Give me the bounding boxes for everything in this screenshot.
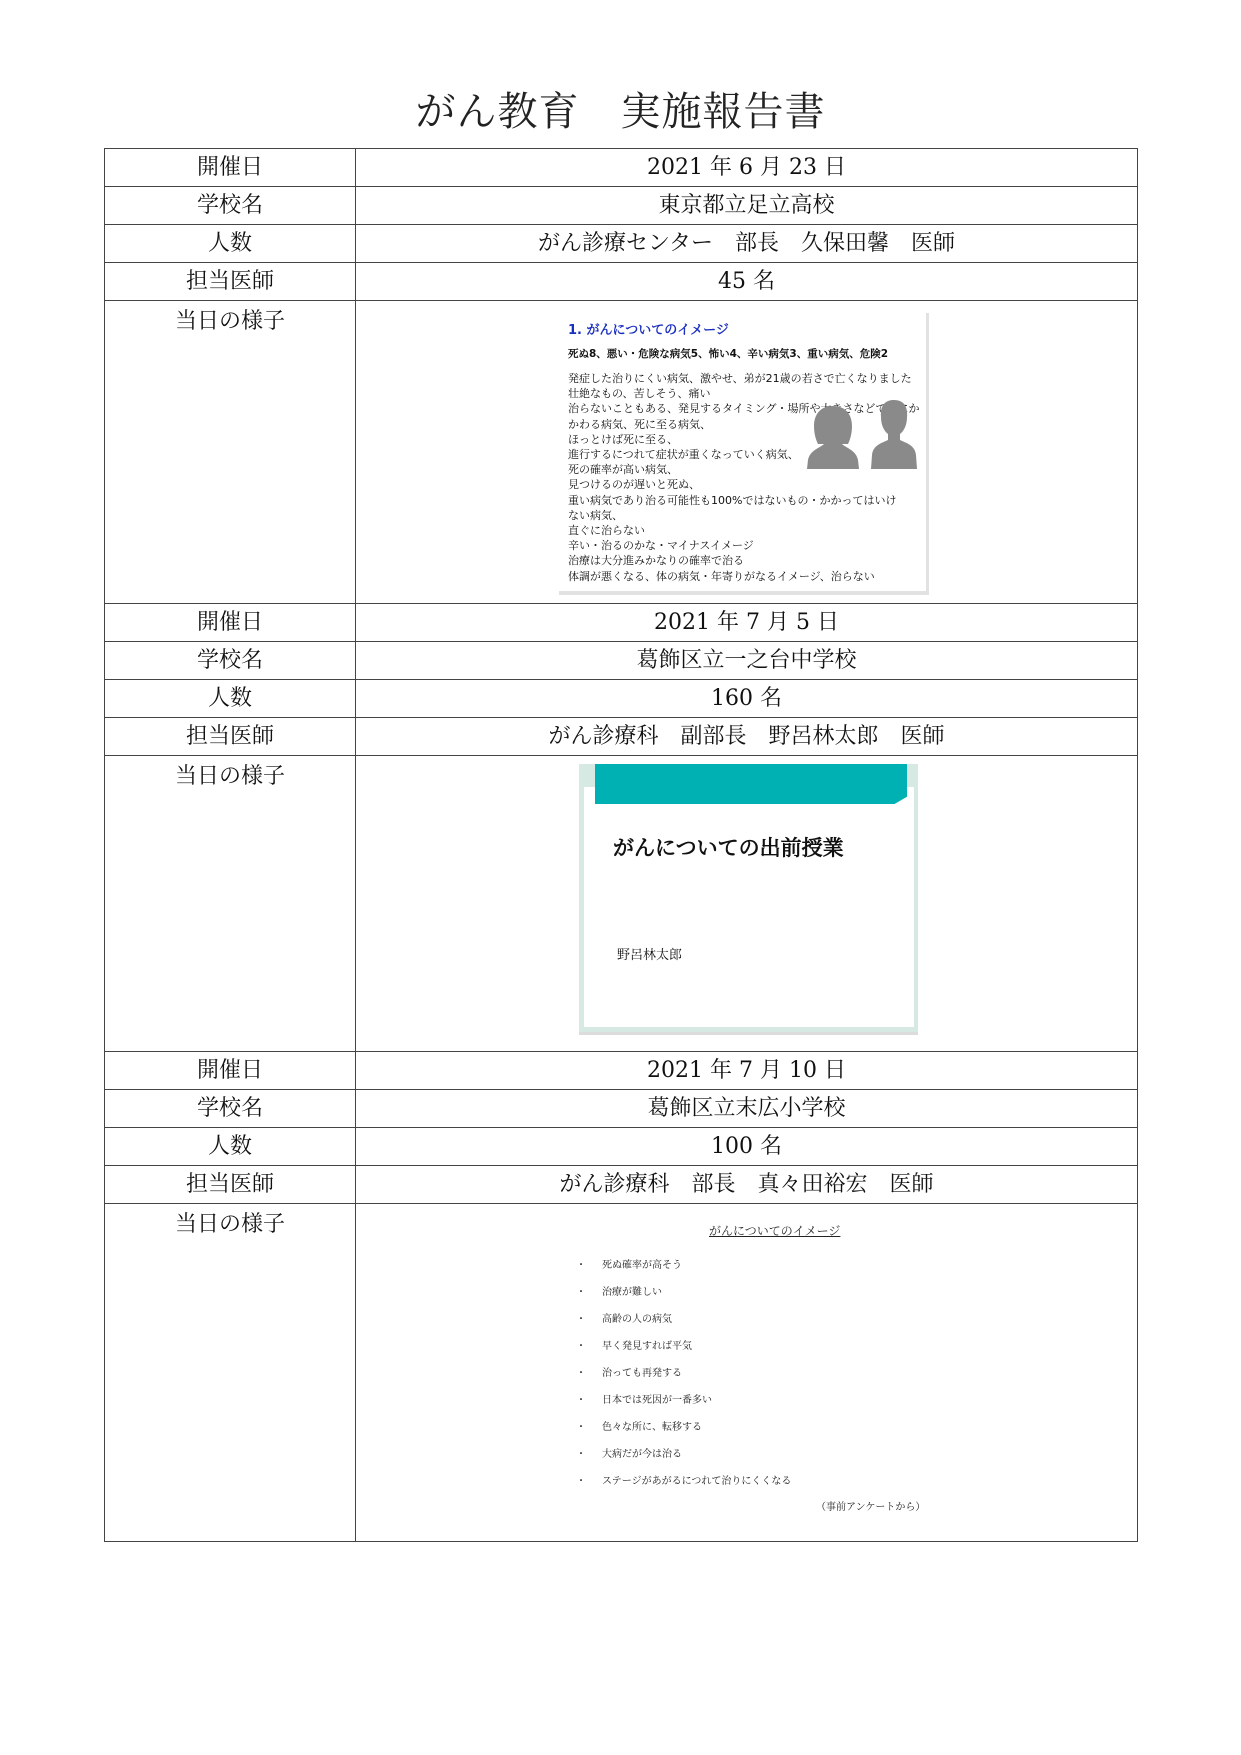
label-doctor: 担当医師 — [105, 263, 356, 301]
value-doctor: がん診療科 部長 真々田裕宏 医師 — [356, 1166, 1138, 1204]
value-doctor: がん診療科 副部長 野呂林太郎 医師 — [356, 718, 1138, 756]
value-count: 100 名 — [356, 1128, 1138, 1166]
scene-cell: がんについてのイメージ ・死ぬ確率が高そう ・治療が難しい ・高齢の人の病気 ・… — [356, 1204, 1138, 1542]
slide-author: 野呂林太郎 — [617, 944, 682, 963]
list-item: ・治療が難しい — [576, 1279, 791, 1306]
label-school: 学校名 — [105, 187, 356, 225]
label-date: 開催日 — [105, 1052, 356, 1090]
slide-title: がんについてのイメージ — [709, 1222, 840, 1239]
bullet-icon: ・ — [576, 1441, 602, 1468]
bullet-icon: ・ — [576, 1279, 602, 1306]
bullet-icon: ・ — [576, 1306, 602, 1333]
list-item: ・治っても再発する — [576, 1360, 791, 1387]
value-count: 160 名 — [356, 680, 1138, 718]
table-row-scene: 当日の様子 がんについての出前授業 野呂林太郎 — [105, 756, 1138, 1052]
bullet-icon: ・ — [576, 1414, 602, 1441]
slide-accent-bar — [595, 764, 907, 804]
document-title: がん教育 実施報告書 — [0, 88, 1241, 136]
slide-image-3: がんについてのイメージ ・死ぬ確率が高そう ・治療が難しい ・高齢の人の病気 ・… — [536, 1212, 916, 1512]
report-table: 開催日 2021 年 6 月 23 日 学校名 東京都立足立高校 人数 がん診療… — [104, 148, 1138, 1542]
table-row-date: 開催日 2021 年 7 月 5 日 — [105, 604, 1138, 642]
table-row-date: 開催日 2021 年 6 月 23 日 — [105, 149, 1138, 187]
table-row-count: 人数 160 名 — [105, 680, 1138, 718]
value-date: 2021 年 7 月 10 日 — [356, 1052, 1138, 1090]
list-item: ・死ぬ確率が高そう — [576, 1252, 791, 1279]
slide-note: （事前アンケートから） — [816, 1498, 925, 1513]
slide-line: 発症した治りにくい病気、激やせ、弟が21歳の若さで亡くなりました — [568, 371, 908, 386]
label-scene: 当日の様子 — [105, 301, 356, 604]
slide-title: がんについての出前授業 — [613, 832, 844, 862]
table-row-school: 学校名 葛飾区立一之台中学校 — [105, 642, 1138, 680]
bullet-icon: ・ — [576, 1252, 602, 1279]
list-item: ・早く発見すれば平気 — [576, 1333, 791, 1360]
list-item: ・色々な所に、転移する — [576, 1414, 791, 1441]
label-scene: 当日の様子 — [105, 1204, 356, 1542]
label-count: 人数 — [105, 225, 356, 263]
value-date: 2021 年 7 月 5 日 — [356, 604, 1138, 642]
slide-line: 体調が悪くなる、体の病気・年寄りがなるイメージ、治らない — [568, 569, 908, 584]
bullet-icon: ・ — [576, 1468, 602, 1495]
table-row-scene: 当日の様子 1. がんについてのイメージ 死ぬ8、悪い・危険な病気5、怖い4、辛… — [105, 301, 1138, 604]
table-row-date: 開催日 2021 年 7 月 10 日 — [105, 1052, 1138, 1090]
value-doctor: 45 名 — [356, 263, 1138, 301]
table-row-doctor: 担当医師 がん診療科 部長 真々田裕宏 医師 — [105, 1166, 1138, 1204]
list-item: ・大病だが今は治る — [576, 1441, 791, 1468]
label-date: 開催日 — [105, 149, 356, 187]
label-doctor: 担当医師 — [105, 1166, 356, 1204]
bullet-icon: ・ — [576, 1387, 602, 1414]
value-date: 2021 年 6 月 23 日 — [356, 149, 1138, 187]
slide-shadow — [579, 1032, 918, 1035]
table-row-doctor: 担当医師 45 名 — [105, 263, 1138, 301]
value-school: 葛飾区立末広小学校 — [356, 1090, 1138, 1128]
slide-line: 治療は大分進みかなりの確率で治る — [568, 553, 908, 568]
scene-cell: 1. がんについてのイメージ 死ぬ8、悪い・危険な病気5、怖い4、辛い病気3、重… — [356, 301, 1138, 604]
label-date: 開催日 — [105, 604, 356, 642]
label-school: 学校名 — [105, 642, 356, 680]
slide-line: 壮絶なもの、苦しそう、痛い — [568, 386, 908, 401]
value-school: 東京都立足立高校 — [356, 187, 1138, 225]
slide-bullet-list: ・死ぬ確率が高そう ・治療が難しい ・高齢の人の病気 ・早く発見すれば平気 ・治… — [576, 1252, 791, 1495]
table-row-count: 人数 100 名 — [105, 1128, 1138, 1166]
slide-image-1: 1. がんについてのイメージ 死ぬ8、悪い・危険な病気5、怖い4、辛い病気3、重… — [556, 309, 926, 591]
table-row-count: 人数 がん診療センター 部長 久保田馨 医師 — [105, 225, 1138, 263]
slide-body — [584, 787, 914, 1027]
label-school: 学校名 — [105, 1090, 356, 1128]
slide-line: 重い病気であり治る可能性も100%ではないもの・かかってはいけ — [568, 493, 908, 508]
value-count: がん診療センター 部長 久保田馨 医師 — [356, 225, 1138, 263]
label-doctor: 担当医師 — [105, 718, 356, 756]
label-count: 人数 — [105, 680, 356, 718]
slide-line: 見つけるのが遅いと死ぬ、 — [568, 477, 908, 492]
slide-lines: 発症した治りにくい病気、激やせ、弟が21歳の若さで亡くなりました 壮絶なもの、苦… — [568, 371, 908, 584]
bullet-icon: ・ — [576, 1333, 602, 1360]
table-row-school: 学校名 東京都立足立高校 — [105, 187, 1138, 225]
slide-summary: 死ぬ8、悪い・危険な病気5、怖い4、辛い病気3、重い病気、危険2 — [568, 346, 888, 361]
label-scene: 当日の様子 — [105, 756, 356, 1052]
table-row-scene: 当日の様子 がんについてのイメージ ・死ぬ確率が高そう ・治療が難しい ・高齢の… — [105, 1204, 1138, 1542]
slide-line: ない病気、 — [568, 508, 908, 523]
slide-line: 辛い・治るのかな・マイナスイメージ — [568, 538, 908, 553]
value-school: 葛飾区立一之台中学校 — [356, 642, 1138, 680]
person-male-silhouette-icon — [870, 397, 918, 469]
table-row-school: 学校名 葛飾区立末広小学校 — [105, 1090, 1138, 1128]
list-item: ・高齢の人の病気 — [576, 1306, 791, 1333]
person-female-silhouette-icon — [806, 404, 860, 469]
table-row-doctor: 担当医師 がん診療科 副部長 野呂林太郎 医師 — [105, 718, 1138, 756]
slide-line: 直ぐに治らない — [568, 523, 908, 538]
bullet-icon: ・ — [576, 1360, 602, 1387]
list-item: ・ステージがあがるにつれて治りにくくなる — [576, 1468, 791, 1495]
list-item: ・日本では死因が一番多い — [576, 1387, 791, 1414]
slide-title: 1. がんについてのイメージ — [568, 319, 729, 338]
label-count: 人数 — [105, 1128, 356, 1166]
scene-cell: がんについての出前授業 野呂林太郎 — [356, 756, 1138, 1052]
slide-image-2: がんについての出前授業 野呂林太郎 — [579, 764, 918, 1032]
